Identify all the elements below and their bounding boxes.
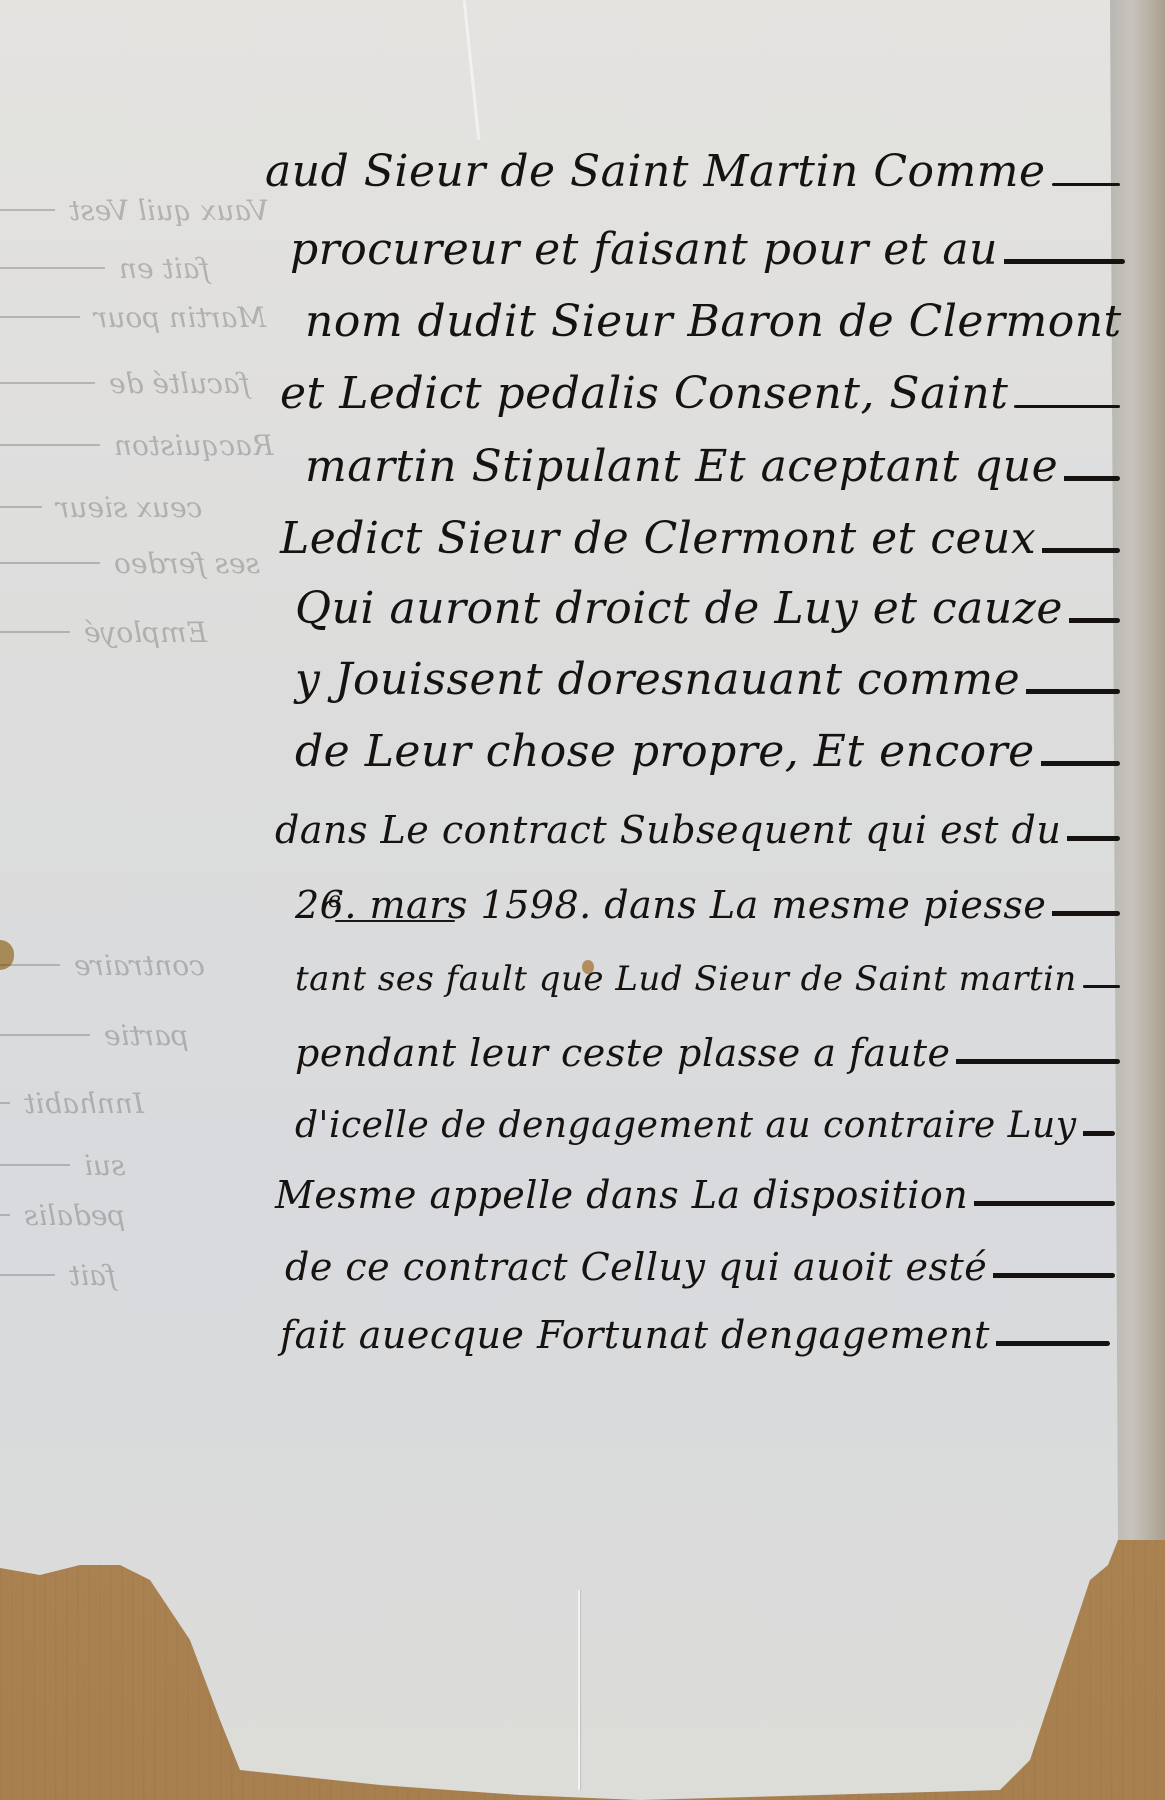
line-end-flourish — [974, 1201, 1115, 1206]
bleed-line: Employé — [0, 617, 207, 647]
line-end-flourish — [1041, 761, 1120, 766]
manuscript-line-5: martin Stipulant Et aceptant que — [305, 435, 1120, 495]
manuscript-line-7: Qui auront droict de Luy et cauze — [295, 577, 1120, 637]
manuscript-line-17: fait auecque Fortunat dengagement — [280, 1300, 1110, 1360]
line-end-flourish — [1052, 911, 1120, 916]
line-end-flourish — [1052, 183, 1120, 186]
bleed-line: Innhabit — [0, 1088, 144, 1118]
manuscript-line-12: tant ses fault que Lud Sieur de Saint ma… — [295, 942, 1120, 1002]
manuscript-line-13: pendant leur ceste plasse a faute — [295, 1018, 1120, 1078]
superscript-mark: e — [328, 888, 341, 913]
bleed-line: partie — [0, 1020, 189, 1050]
line-end-flourish — [1067, 836, 1120, 841]
manuscript-line-4: et Ledict pedalis Consent, Saint — [280, 362, 1120, 422]
line-end-flourish — [1069, 618, 1120, 623]
bleed-line: contraire — [0, 950, 205, 980]
line-end-flourish — [993, 1273, 1115, 1278]
bleed-line: faculté de — [0, 368, 250, 398]
manuscript-line-16: de ce contract Celluy qui auoit esté — [285, 1232, 1115, 1292]
bleed-line: Vaux quil Vest — [0, 195, 269, 225]
manuscript-line-10: dans Le contract Subsequent qui est du — [275, 795, 1120, 855]
line-end-flourish — [1064, 476, 1120, 481]
bleed-line: fait en — [0, 253, 210, 283]
bleed-line: fait — [0, 1260, 116, 1290]
bleed-line: ses ferdeo — [0, 548, 260, 578]
paper-fold — [578, 1590, 580, 1790]
overline-stroke — [335, 920, 455, 922]
bleed-line: pedalis — [0, 1200, 125, 1230]
manuscript-line-3: nom dudit Sieur Baron de Clermont — [305, 290, 1125, 350]
line-end-flourish — [1004, 259, 1125, 264]
line-end-flourish — [956, 1059, 1120, 1064]
manuscript-line-15: Mesme appelle dans La disposition — [275, 1160, 1115, 1220]
bleed-line: sui — [0, 1150, 125, 1180]
line-end-flourish — [1042, 548, 1120, 553]
manuscript-line-1: aud Sieur de Saint Martin Comme — [265, 140, 1120, 200]
bleed-line: ceux sieur — [0, 492, 202, 522]
manuscript-line-2: procureur et faisant pour et au — [290, 218, 1125, 278]
line-end-flourish — [1083, 1131, 1115, 1136]
line-end-flourish — [996, 1341, 1110, 1346]
line-end-flourish — [1083, 985, 1120, 988]
line-end-flourish — [1026, 689, 1120, 694]
manuscript-line-14: d'icelle de dengagement au contraire Luy — [295, 1090, 1115, 1150]
line-end-flourish — [1014, 405, 1120, 408]
manuscript-line-6: Ledict Sieur de Clermont et ceux — [280, 507, 1120, 567]
bleed-line: Racquiston — [0, 430, 274, 460]
manuscript-line-8: y Jouissent doresnauant comme — [295, 648, 1120, 708]
bleed-line: Martin pour — [0, 302, 266, 332]
manuscript-line-9: de Leur chose propre, Et encore — [295, 720, 1120, 780]
